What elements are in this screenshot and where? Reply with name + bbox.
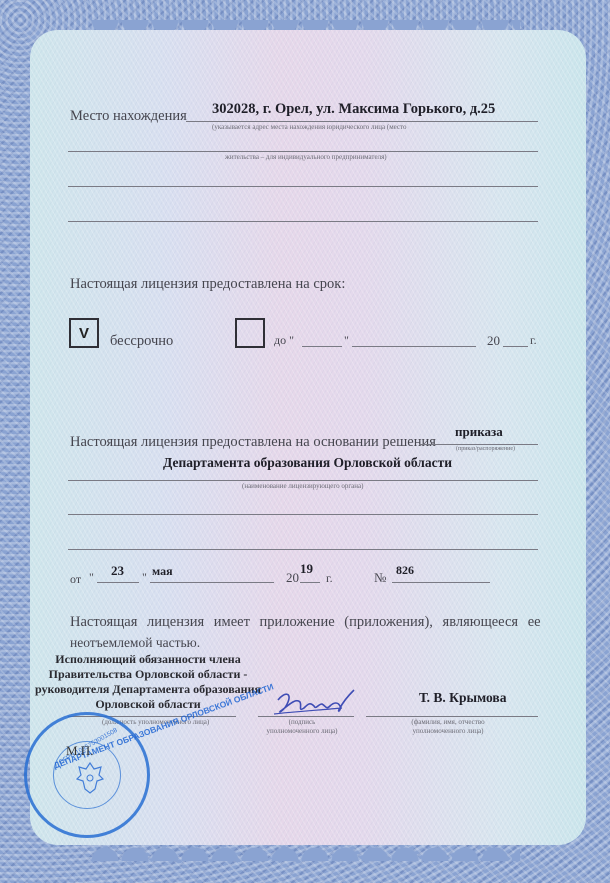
double-headed-eagle-icon [73,759,107,795]
basis-authority-hint: (наименование лицензирующего органа) [242,482,363,490]
date-year-prefix: 20 [286,570,299,586]
date-month-line [150,582,274,583]
basis-decision-type: приказа [455,424,503,440]
term-until-year-prefix: 20 [487,333,500,349]
checkbox-indefinite[interactable]: V [69,318,99,348]
term-until-prefix: до " [274,333,294,348]
date-year-line [300,582,320,583]
date-day-line [97,582,139,583]
location-line-2 [68,151,538,152]
location-line-4 [68,221,538,222]
basis-line-2 [68,514,538,515]
appendix-line-1: Настоящая лицензия имеет приложение (при… [70,614,541,631]
location-hint-2: жительства – для индивидуального предпри… [225,153,387,161]
signature-hint-1: (подпись [262,718,342,726]
location-value: 302028, г. Орел, ул. Максима Горького, д… [212,101,495,118]
appendix-line-2: неотъемлемой частью. [70,635,200,651]
term-until-month-line [352,346,476,347]
signatory-name: Т. В. Крымова [419,690,506,706]
term-label: Настоящая лицензия предоставлена на срок… [70,276,345,293]
signature-line [258,716,354,717]
term-until-year-line [503,346,528,347]
position-line-1: Исполняющий обязанности члена [24,652,272,667]
basis-label: Настоящая лицензия предоставлена на осно… [70,434,436,451]
basis-decision-hint: (приказ/распоряжение) [456,446,515,452]
decision-number-line [392,582,490,583]
basis-authority: Департамента образования Орловской облас… [163,455,452,471]
name-line [366,716,538,717]
name-hint-1: (фамилия, имя, отчество [398,718,498,726]
date-year-suffix: 19 [300,561,313,577]
term-indefinite-label: бессрочно [110,333,173,350]
location-line-3 [68,186,538,187]
license-page: Место нахождения 302028, г. Орел, ул. Ма… [0,0,610,883]
decision-number: 826 [396,563,414,578]
date-from-prefix: от [70,572,81,587]
location-hint-1: (указывается адрес места нахождения юрид… [212,123,407,131]
position-line-2: Правительства Орловской области - [24,667,272,682]
signature-hint-2: уполномоченного лица) [262,727,342,735]
date-close-quote: " [142,570,147,585]
date-day: 23 [111,563,124,579]
date-open-quote: " [89,570,94,585]
term-until-quote: " [344,333,349,348]
license-content: Место нахождения 302028, г. Орел, ул. Ма… [0,0,610,883]
check-mark-icon: V [79,325,89,342]
basis-line-3 [68,549,538,550]
location-line-1 [186,121,538,122]
basis-authority-line [68,480,538,481]
seal-place-label: М.П. [66,743,93,759]
checkbox-until-date[interactable] [235,318,265,348]
basis-decision-line [419,444,538,445]
official-seal-stamp: ДЕПАРТАМЕНТ ОБРАЗОВАНИЯ ОРЛОВСКОЙ ОБЛАСТ… [24,712,150,838]
date-year-unit: г. [326,571,333,586]
number-sign: № [374,570,386,586]
term-until-day-line [302,346,342,347]
name-hint-2: уполномоченного лица) [398,727,498,735]
date-month: мая [152,564,173,579]
location-label: Место нахождения [70,108,187,125]
term-until-year-suffix: г. [530,333,537,348]
